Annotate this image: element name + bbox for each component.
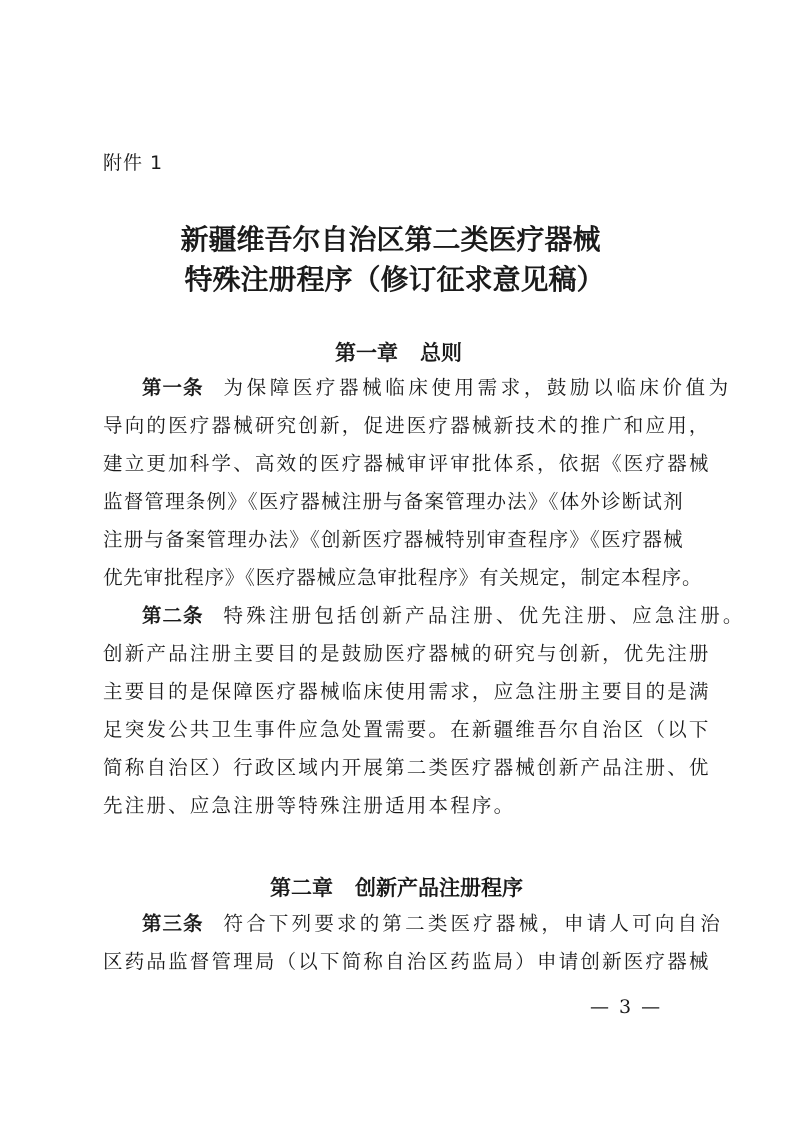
article-2-line-4: 足突发公共卫生事件应急处置需要。在新疆维吾尔自治区（以下 bbox=[103, 718, 693, 742]
chapter-name: 总则 bbox=[420, 340, 462, 365]
chapter-name: 创新产品注册程序 bbox=[355, 875, 523, 900]
article-2-line-5: 简称自治区）行政区域内开展第二类医疗器械创新产品注册、优 bbox=[103, 756, 693, 780]
article-label: 第二条 bbox=[142, 604, 204, 627]
article-3-line-1: 第三条符合下列要求的第二类医疗器械，申请人可向自治 bbox=[142, 912, 732, 936]
chapter-number: 第一章 bbox=[335, 340, 398, 365]
article-2-line-2: 创新产品注册主要目的是鼓励医疗器械的研究与创新，优先注册 bbox=[103, 642, 693, 666]
article-label: 第一条 bbox=[142, 376, 204, 399]
article-2-line-1: 第二条特殊注册包括创新产品注册、优先注册、应急注册。 bbox=[142, 604, 732, 628]
article-1-line-2: 导向的医疗器械研究创新，促进医疗器械新技术的推广和应用， bbox=[103, 414, 693, 438]
article-1-line-5: 注册与备案管理办法》《创新医疗器械特别审查程序》《医疗器械 bbox=[103, 528, 693, 552]
article-1-line-4: 监督管理条例》《医疗器械注册与备案管理办法》《体外诊断试剂 bbox=[103, 490, 693, 514]
article-2-line-6: 先注册、应急注册等特殊注册适用本程序。 bbox=[103, 794, 693, 818]
page-number: — 3 — bbox=[590, 996, 662, 1018]
article-1-line-1: 第一条为保障医疗器械临床使用需求，鼓励以临床价值为 bbox=[142, 376, 732, 400]
article-2-line-3: 主要目的是保障医疗器械临床使用需求，应急注册主要目的是满 bbox=[103, 680, 693, 704]
chapter-heading-2: 第二章创新产品注册程序 bbox=[0, 872, 793, 902]
document-title-line-2: 特殊注册程序（修订征求意见稿） bbox=[0, 258, 791, 298]
article-text: 为保障医疗器械临床使用需求，鼓励以临床价值为 bbox=[224, 376, 732, 399]
document-title-line-1: 新疆维吾尔自治区第二类医疗器械 bbox=[0, 218, 787, 258]
article-1-line-3: 建立更加科学、高效的医疗器械审评审批体系，依据《医疗器械 bbox=[103, 452, 693, 476]
chapter-number: 第二章 bbox=[270, 875, 333, 900]
attachment-label: 附件 1 bbox=[103, 148, 163, 175]
article-label: 第三条 bbox=[142, 912, 204, 935]
article-3-line-2: 区药品监督管理局（以下简称自治区药监局）申请创新医疗器械 bbox=[103, 950, 693, 974]
article-1-line-6: 优先审批程序》《医疗器械应急审批程序》有关规定，制定本程序。 bbox=[103, 566, 693, 590]
article-text: 特殊注册包括创新产品注册、优先注册、应急注册。 bbox=[224, 604, 746, 627]
article-text: 符合下列要求的第二类医疗器械，申请人可向自治 bbox=[224, 912, 723, 935]
chapter-heading-1: 第一章总则 bbox=[2, 337, 793, 367]
